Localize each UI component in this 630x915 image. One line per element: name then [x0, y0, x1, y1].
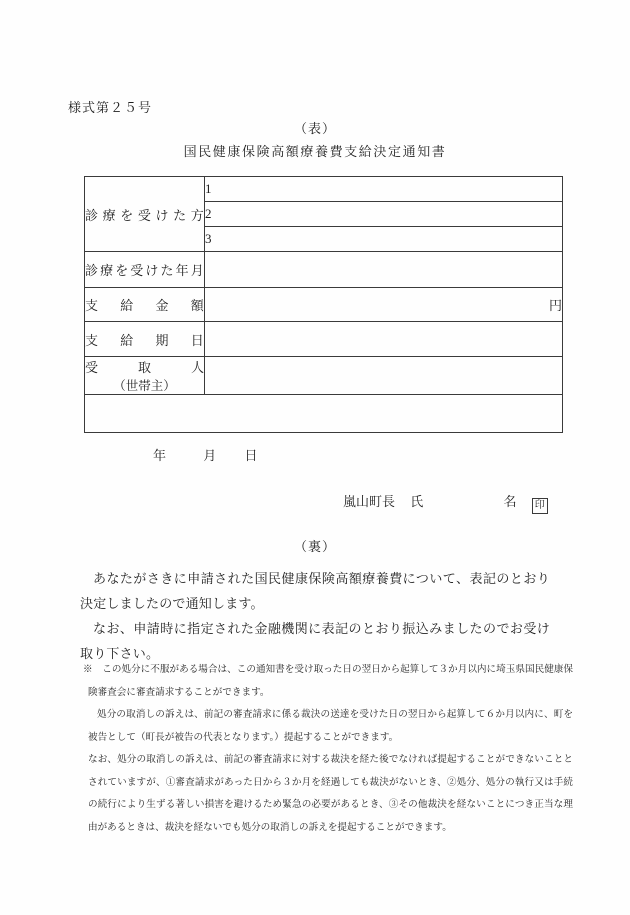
payment-date-value-cell	[205, 322, 563, 357]
year-label: 年	[153, 448, 166, 463]
table-row-remarks	[85, 395, 563, 433]
givenname-label: 名	[504, 494, 517, 509]
day-label: 日	[245, 448, 258, 463]
treatment-month-value-cell	[205, 252, 563, 288]
payment-amount-label-cell: 支給金額	[85, 288, 205, 322]
payment-amount-value-cell: 円	[205, 288, 563, 322]
note-paragraph-3: なお、処分の取消しの訴えは、前記の審査請求に対する裁決を経た後でなければ提起する…	[88, 749, 573, 839]
table-row-payment-date: 支給期日	[85, 322, 563, 357]
note-paragraph-2: 処分の取消しの訴えは、前記の審査請求に係る裁決の送達を受けた日の翌日から起算して…	[88, 704, 573, 749]
treatment-month-label-cell: 診療を受けた年月	[85, 252, 205, 288]
form-number: 様式第２５号	[68, 97, 152, 116]
patient-line-1-cell: 1	[205, 177, 563, 202]
table-row-payment-amount: 支給金額 円	[85, 288, 563, 322]
back-side-label: （裏）	[0, 536, 630, 555]
patient-label-cell: 診療を受けた方	[85, 177, 205, 252]
appeal-notes: ※ この処分に不服がある場合は、この通知書を受け取った日の翌日から起算して３か月…	[88, 659, 573, 839]
body-paragraph-1: あなたがさきに申請された国民健康保険高額療養費について、表記のとおり決定しました…	[80, 566, 550, 616]
surname-label: 氏	[410, 494, 423, 509]
table-row-recipient: 受取人 （世帯主）	[85, 357, 563, 395]
seal-mark-icon: 印	[532, 498, 548, 514]
notification-body: あなたがさきに申請された国民健康保険高額療養費について、表記のとおり決定しました…	[80, 566, 550, 666]
yen-unit-label: 円	[549, 298, 562, 313]
scanned-form-page: 様式第２５号 （表） 国民健康保険高額療養費支給決定通知書 診療を受けた方 1 …	[0, 0, 630, 915]
issue-date-line: 年 月 日	[153, 445, 258, 464]
note-paragraph-1: ※ この処分に不服がある場合は、この通知書を受け取った日の翌日から起算して３か月…	[88, 659, 573, 704]
table-row-treatment-month: 診療を受けた年月	[85, 252, 563, 288]
patient-line-2-cell: 2	[205, 202, 563, 227]
table-row-patient-1: 診療を受けた方 1	[85, 177, 563, 202]
month-label: 月	[203, 448, 216, 463]
recipient-sublabel: （世帯主）	[85, 376, 204, 394]
mayor-signature-line: 嵐山町長 氏 名 印	[343, 491, 548, 514]
recipient-value-cell	[205, 357, 563, 395]
patient-line-3-cell: 3	[205, 227, 563, 252]
recipient-label: 受取人	[85, 357, 204, 376]
front-side-label: （表）	[0, 118, 630, 137]
document-title: 国民健康保険高額療養費支給決定通知書	[0, 141, 630, 160]
payment-date-label-cell: 支給期日	[85, 322, 205, 357]
mayor-office-label: 嵐山町長	[343, 494, 395, 509]
remarks-cell	[85, 395, 563, 433]
benefit-decision-table: 診療を受けた方 1 2 3 診療を受けた年月 支給金額 円 支給期日 受取人 （…	[84, 176, 563, 433]
recipient-label-cell: 受取人 （世帯主）	[85, 357, 205, 395]
